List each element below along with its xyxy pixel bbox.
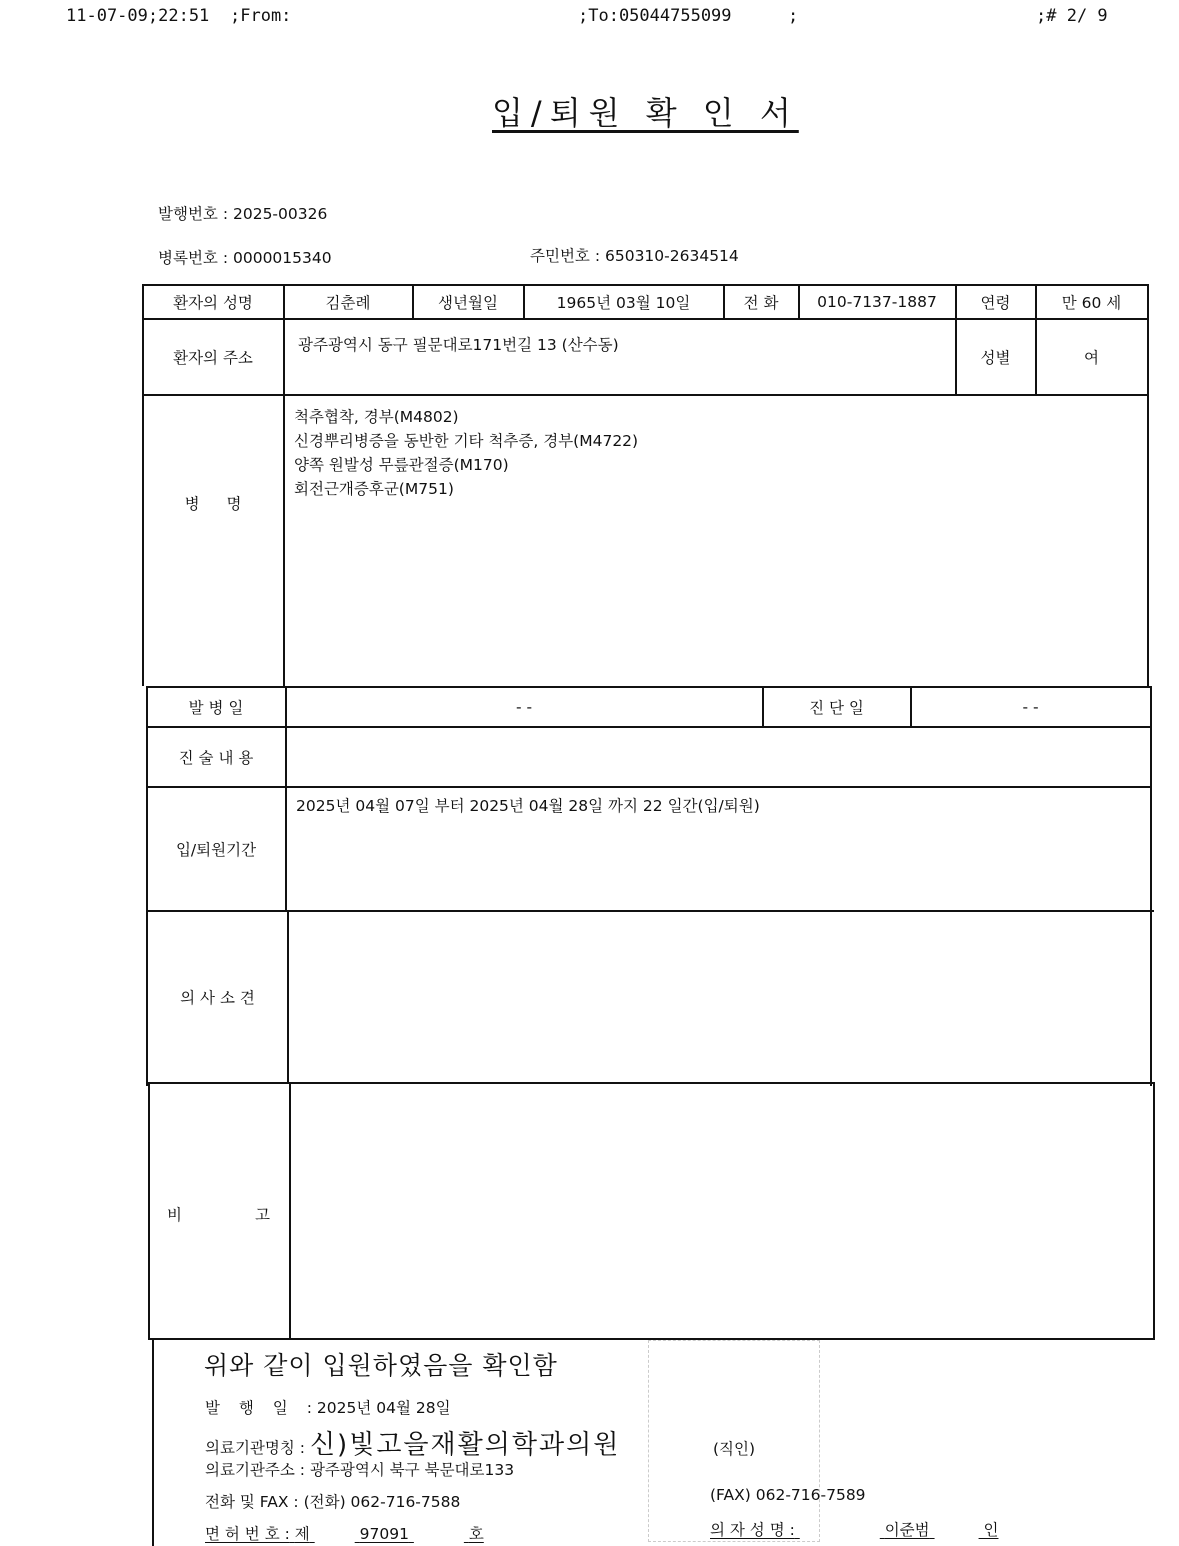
patient-phone: 010-7137-1887 — [799, 285, 955, 318]
doctor-label: 의 자 성 명 : — [710, 1521, 795, 1539]
fax-separator: ; — [788, 6, 798, 26]
institution-address: 광주광역시 북구 북문대로133 — [310, 1461, 514, 1479]
diagnosis-date-label: 진 단 일 — [763, 687, 910, 726]
statement-label: 진 술 내 용 — [147, 727, 285, 786]
issue-date-label: 발 행 일 : — [205, 1399, 312, 1417]
doctor-name: 이준범 — [885, 1521, 930, 1539]
fax-to: ;To:05044755099 — [578, 6, 732, 26]
resident-id-value: 650310-2634514 — [605, 247, 739, 265]
diagnosis-item: 신경뿌리병증을 동반한 기타 척추증, 경부(M4722) — [294, 429, 638, 453]
onset-date: - - — [286, 687, 762, 726]
institution-address-row: 의료기관주소 : 광주광역시 북구 북문대로133 — [205, 1458, 514, 1480]
doctor-seal: 인 — [984, 1521, 999, 1539]
phone-fax-label: 전화 및 FAX : — [205, 1493, 299, 1511]
document-title: 입/퇴원 확 인 서 — [492, 88, 799, 134]
record-number: 병록번호 : 0000015340 — [158, 246, 332, 268]
issue-number-value: 2025-00326 — [233, 205, 327, 223]
institution-address-label: 의료기관주소 : — [205, 1461, 305, 1479]
address-label: 환자의 주소 — [143, 319, 283, 394]
birth-date: 1965년 03월 10일 — [524, 285, 723, 318]
fax-datetime: 11-07-09;22:51 — [66, 6, 209, 26]
resident-id-label: 주민번호 : — [530, 247, 600, 265]
patient-sex: 여 — [1036, 319, 1147, 394]
opinion-label: 의 사 소 견 — [148, 911, 287, 1082]
institution-name: 신)빛고을재활의학과의원 — [310, 1430, 620, 1460]
confirmation-statement: 위와 같이 입원하였음을 확인함 — [204, 1346, 558, 1382]
fax-page: ;# 2/ 9 — [1036, 6, 1108, 26]
diagnosis-item: 회전근개증후군(M751) — [294, 477, 638, 501]
issue-number: 발행번호 : 2025-00326 — [158, 202, 327, 224]
patient-address: 광주광역시 동구 필문대로171번길 13 (산수동) — [298, 333, 619, 355]
record-number-label: 병록번호 : — [158, 249, 228, 267]
admission-period: 2025년 04월 07일 부터 2025년 04월 28일 까지 22 일간(… — [296, 794, 760, 816]
institution-name-row: 의료기관명칭 : 신)빛고을재활의학과의원 — [205, 1424, 620, 1461]
diagnosis-label: 병 명 — [143, 395, 283, 611]
license-number: 97091 — [360, 1525, 409, 1543]
diagnosis-list: 척추협착, 경부(M4802) 신경뿌리병증을 동반한 기타 척추증, 경부(M… — [294, 405, 638, 501]
period-label: 입/퇴원기간 — [147, 787, 285, 910]
diagnosis-item: 양쪽 원발성 무릎관절증(M170) — [294, 453, 638, 477]
license-row: 면 허 번 호 : 제 97091 호 — [205, 1522, 484, 1544]
onset-label: 발 병 일 — [147, 687, 285, 726]
birth-label: 생년월일 — [413, 285, 523, 318]
institution-fax: (FAX) 062-716-7589 — [710, 1486, 866, 1504]
resident-id: 주민번호 : 650310-2634514 — [530, 244, 739, 266]
diagnosis-date: - - — [911, 687, 1150, 726]
remarks-label-second: 고 — [255, 1203, 270, 1225]
sex-label: 성별 — [956, 319, 1035, 394]
remarks-label-first: 비 — [167, 1203, 182, 1225]
seal-note: (직인) — [713, 1437, 755, 1459]
patient-name: 김춘례 — [284, 285, 412, 318]
issue-date-row: 발 행 일 : 2025년 04월 28일 — [205, 1396, 451, 1418]
doctor-row: 의 자 성 명 : 이준범 인 — [710, 1518, 998, 1540]
patient-age: 만 60 세 — [1036, 285, 1147, 318]
issue-number-label: 발행번호 : — [158, 205, 228, 223]
record-number-value: 0000015340 — [233, 249, 332, 267]
phone-fax-row: 전화 및 FAX : (전화) 062-716-7588 — [205, 1490, 460, 1512]
license-suffix: 호 — [469, 1525, 484, 1543]
age-label: 연령 — [956, 285, 1035, 318]
license-label: 면 허 번 호 : — [205, 1525, 290, 1543]
fax-header: 11-07-09;22:51 ;From: ;To:05044755099 ; … — [0, 6, 1179, 28]
institution-name-label: 의료기관명칭 : — [205, 1439, 305, 1457]
diagnosis-item: 척추협착, 경부(M4802) — [294, 405, 638, 429]
patient-name-label: 환자의 성명 — [143, 285, 283, 318]
institution-phone: (전화) 062-716-7588 — [304, 1493, 461, 1511]
issue-date-value: 2025년 04월 28일 — [317, 1399, 451, 1417]
fax-from: ;From: — [230, 6, 291, 26]
license-prefix: 제 — [295, 1525, 310, 1543]
phone-label: 전 화 — [724, 285, 798, 318]
